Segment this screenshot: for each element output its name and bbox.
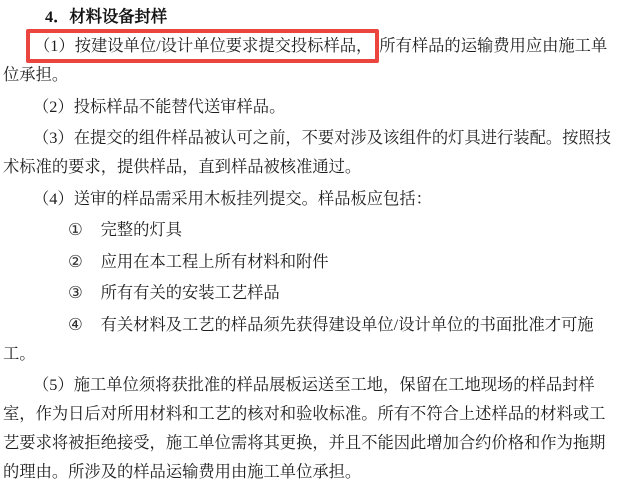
list-item-1: ①完整的灯具	[3, 215, 613, 244]
list-item-4-text: 有关材料及工艺的样品须先获得建设单位/设计单位的书面批准才可施工。	[3, 315, 594, 363]
paragraph-1-highlighted-text: （1）按建设单位/设计单位要求提交投标样品，	[34, 36, 372, 55]
document-page: 4．材料设备封样 （1）按建设单位/设计单位要求提交投标样品，所有样品的运输费用…	[0, 0, 638, 500]
circled-number-2-icon: ②	[68, 252, 83, 271]
paragraph-2: （2）投标样品不能替代送审样品。	[3, 92, 613, 121]
paragraph-4: （4）送审的样品需采用木板挂列提交。样品板应包括：	[3, 184, 613, 213]
circled-number-4-icon: ④	[68, 315, 83, 334]
paragraph-3: （3）在提交的组件样品被认可之前，不要对涉及该组件的灯具进行装配。按照技术标准的…	[3, 123, 613, 181]
list-item-2-text: 应用在本工程上所有材料和附件	[101, 252, 329, 271]
circled-number-3-icon: ③	[68, 283, 83, 302]
highlight-box: （1）按建设单位/设计单位要求提交投标样品，	[26, 29, 379, 63]
list-item-4: ④有关材料及工艺的样品须先获得建设单位/设计单位的书面批准才可施工。	[3, 310, 613, 368]
list-item-3-text: 所有有关的安装工艺样品	[101, 283, 280, 302]
paragraph-1: （1）按建设单位/设计单位要求提交投标样品，所有样品的运输费用应由施工单位承担。	[3, 31, 613, 89]
circled-number-1-icon: ①	[68, 220, 83, 239]
list-item-2: ②应用在本工程上所有材料和附件	[3, 247, 613, 276]
list-item-3: ③所有有关的安装工艺样品	[3, 278, 613, 307]
paragraph-5: （5）施工单位须将获批准的样品展板运送至工地，保留在工地现场的样品封样室，作为日…	[3, 370, 613, 486]
section-heading: 4．材料设备封样	[3, 2, 613, 31]
list-item-1-text: 完整的灯具	[101, 220, 182, 239]
